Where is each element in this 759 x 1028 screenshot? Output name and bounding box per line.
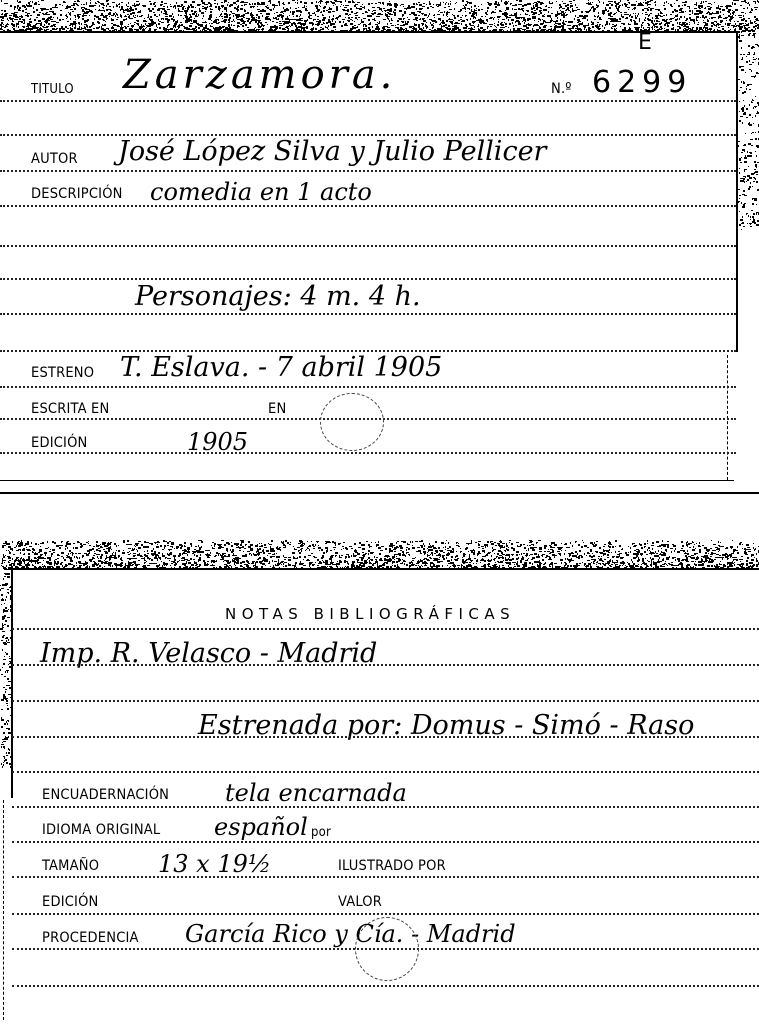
estreno-value: T. Eslava. - 7 abril 1905 [120, 354, 442, 381]
card-back-left-border [11, 568, 13, 798]
edicion-label: EDICIÓN [31, 436, 88, 451]
rule-line [12, 771, 759, 773]
rule-line [12, 628, 759, 630]
procedencia-value: García Rico y Cía. - Madrid [185, 922, 516, 946]
encuadernacion-value: tela encarnada [225, 781, 407, 805]
estreno-label: ESTRENO [31, 366, 94, 381]
card-back-top-edge [10, 568, 759, 570]
tamano-label: TAMAÑO [42, 859, 99, 874]
rule-line [12, 985, 759, 987]
escrita-en-label: ESCRITA EN [31, 402, 109, 417]
tamano-value: 13 x 19½ [158, 852, 271, 876]
autor-value: José López Silva y Julio Pellicer [118, 138, 546, 165]
edicion-value: 1905 [187, 430, 248, 454]
card-front-inner-bottom [0, 480, 734, 481]
valor-label: VALOR [338, 895, 382, 910]
card-front-bottom-edge [0, 492, 759, 494]
titulo-value: Zarzamora. [123, 55, 396, 95]
library-stamp-circle [320, 393, 384, 451]
rule-line [0, 452, 736, 454]
card-back-left-border-lower [3, 800, 4, 1020]
idioma-original-label: IDIOMA ORIGINAL [42, 823, 160, 838]
scan-edge-top [0, 540, 759, 570]
rule-line [12, 841, 759, 843]
scan-edge-right [738, 30, 759, 230]
rule-line [0, 313, 736, 315]
note-line-1: Imp. R. Velasco - Madrid [40, 640, 377, 667]
card-front-top-edge [0, 31, 740, 33]
rule-line [12, 876, 759, 878]
idioma-por-label: por [311, 826, 331, 839]
rule-line [0, 170, 736, 172]
numero-suffix: E [638, 32, 652, 54]
idioma-original-value: español [214, 815, 308, 839]
rule-line [0, 100, 736, 102]
notas-heading: NOTAS BIBLIOGRÁFICAS [225, 607, 515, 622]
rule-line [12, 700, 759, 702]
procedencia-label: PROCEDENCIA [42, 931, 139, 946]
rule-line [0, 386, 736, 388]
numero-label: N.º [551, 82, 572, 97]
encuadernacion-label: ENCUADERNACIÓN [42, 788, 169, 803]
autor-label: AUTOR [31, 152, 78, 167]
edicion-back-label: EDICIÓN [42, 895, 99, 910]
rule-line [0, 278, 736, 280]
library-stamp-circle [355, 917, 419, 981]
personajes-value: Personajes: 4 m. 4 h. [135, 283, 421, 310]
rule-line [12, 913, 759, 915]
note-line-2: Estrenada por: Domus - Simó - Raso [198, 712, 694, 739]
card-front-right-border [736, 32, 738, 352]
rule-line [0, 245, 736, 247]
en-label: EN [268, 402, 286, 417]
descripcion-label: DESCRIPCIÓN [31, 187, 123, 202]
numero-value: 6299 [592, 68, 692, 98]
scan-edge-top [0, 0, 759, 32]
rule-line [0, 205, 736, 207]
ilustrado-por-label: ILUSTRADO POR [338, 859, 446, 874]
rule-line [12, 806, 759, 808]
descripcion-value: comedia en 1 acto [150, 180, 372, 204]
rule-line [12, 664, 759, 666]
rule-line [12, 736, 759, 738]
titulo-label: TITULO [31, 83, 74, 96]
